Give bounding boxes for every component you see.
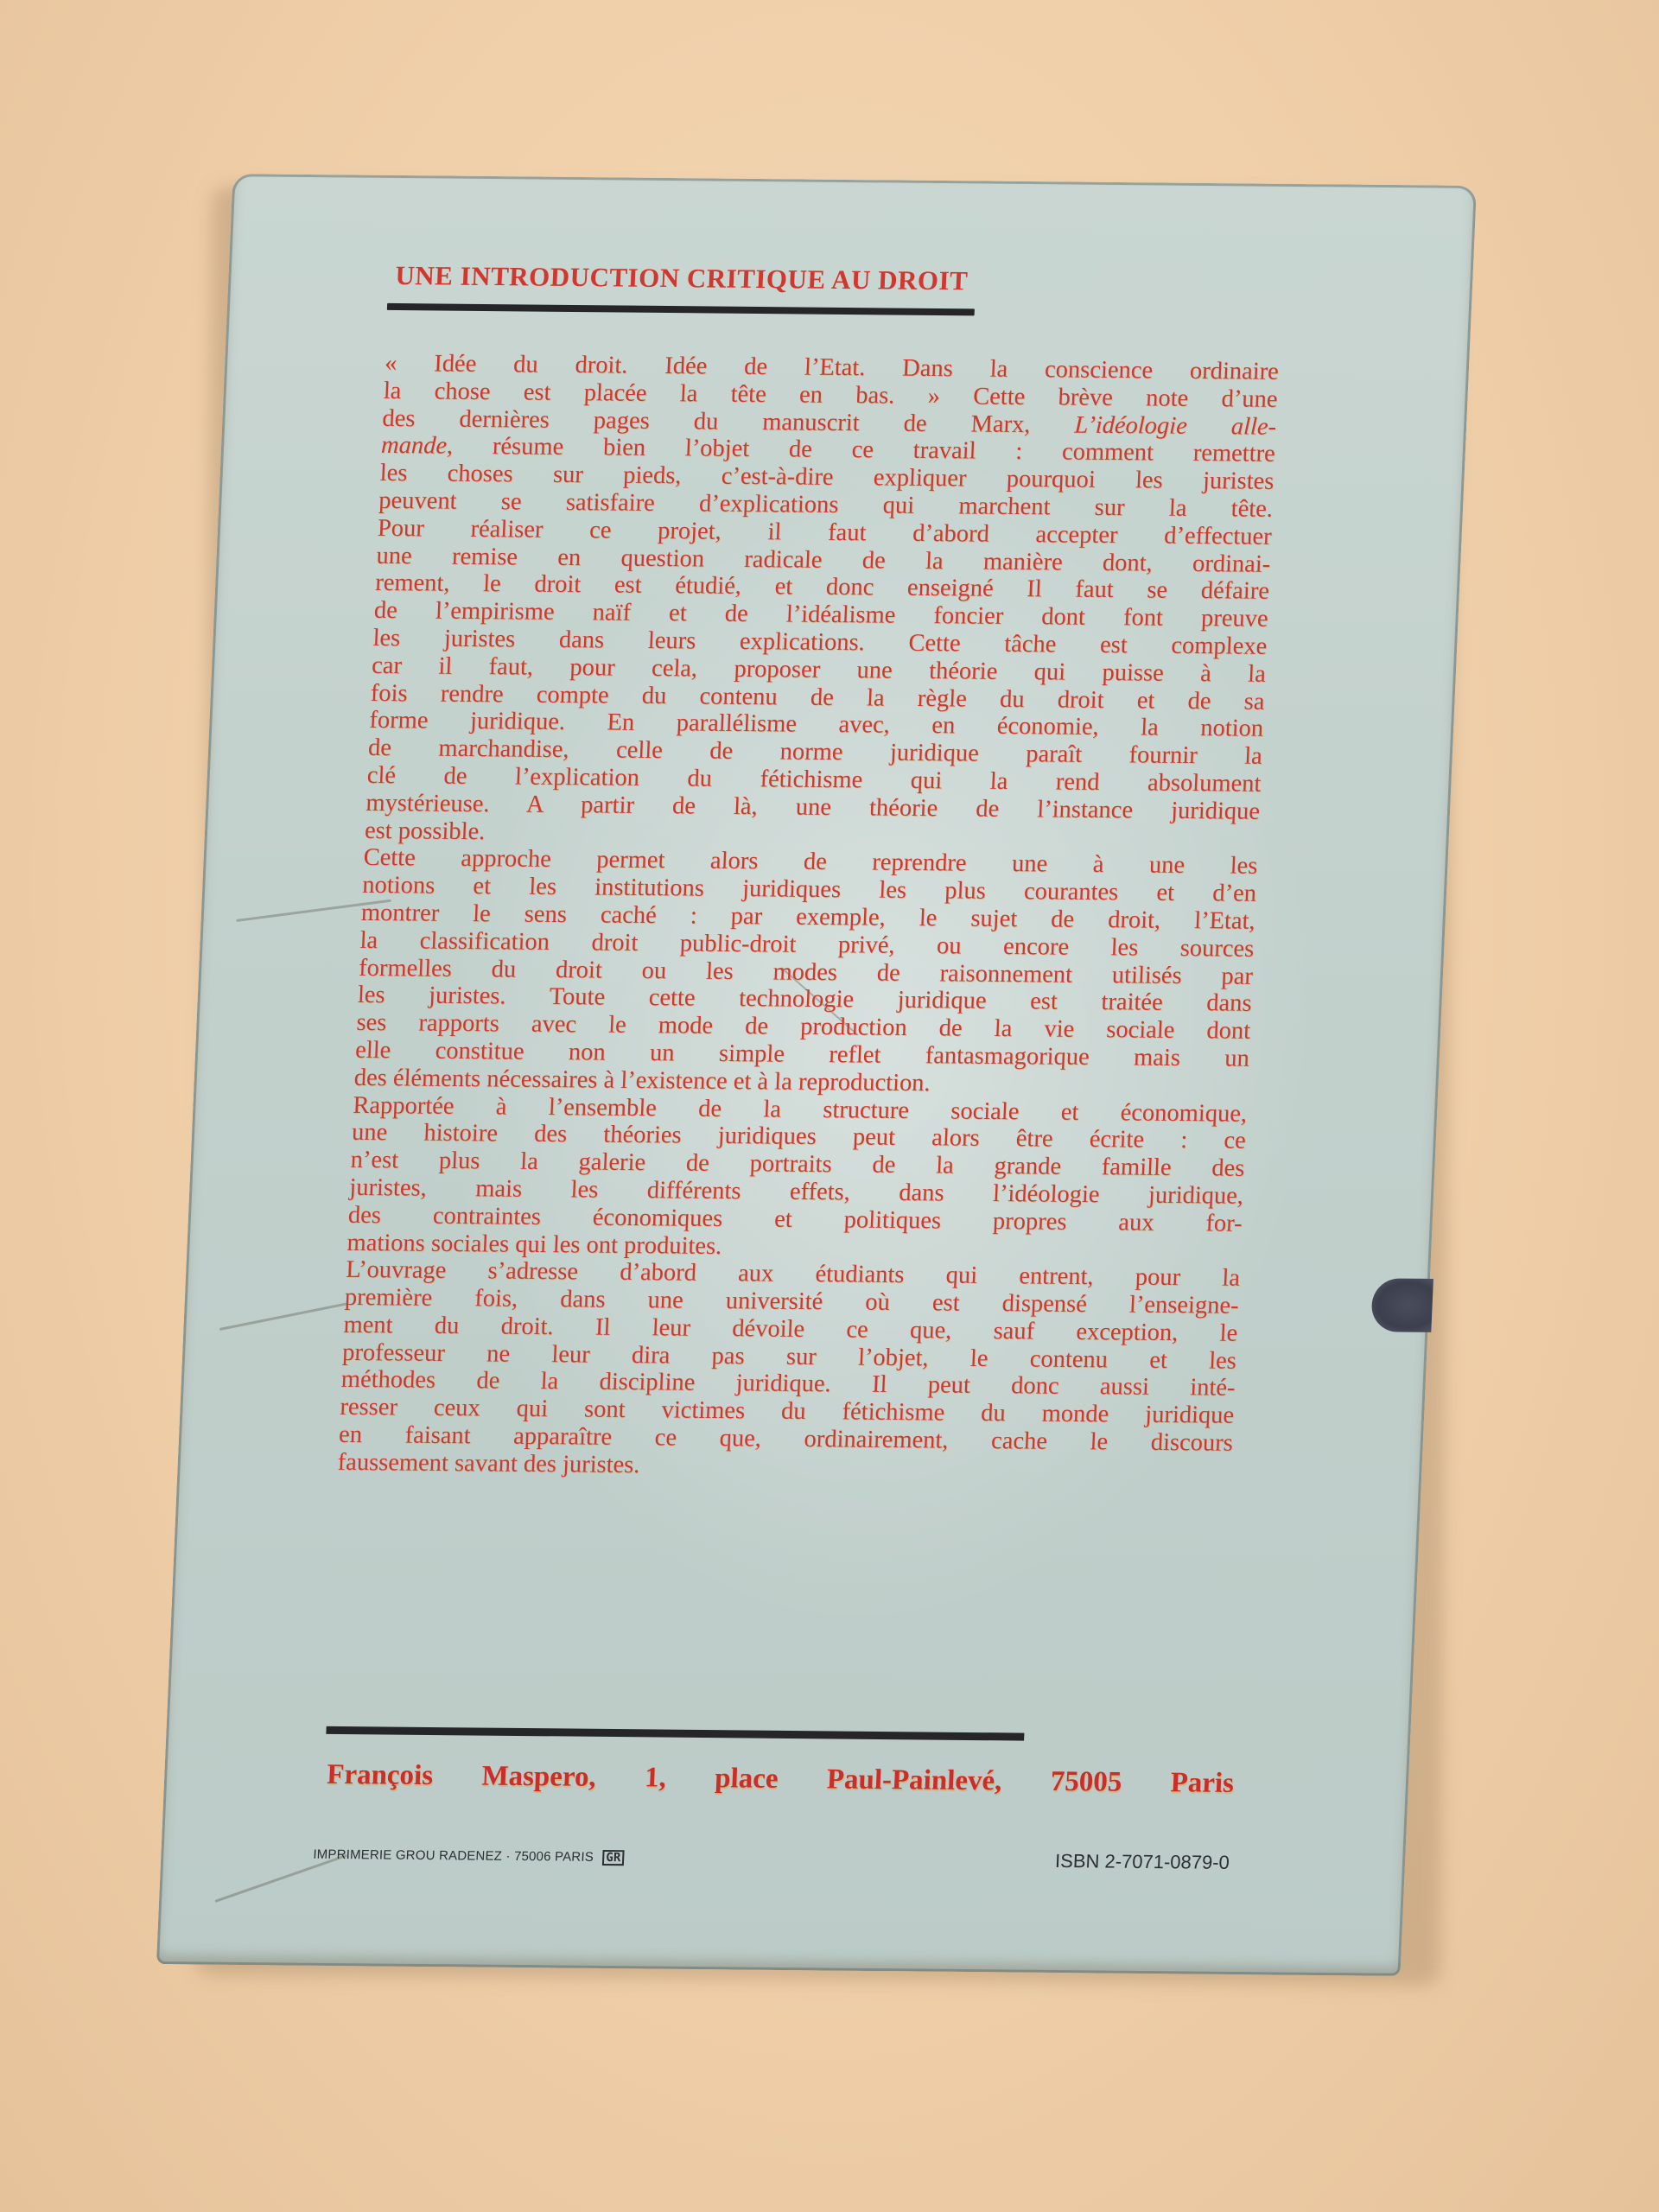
blurb-paragraph: L’ouvrage s’adresse d’abord aux étudiant…: [337, 1256, 1241, 1484]
cover-heading: UNE INTRODUCTION CRITIQUE AU DROIT: [395, 260, 1296, 300]
blurb-paragraph: « Idée du droit. Idée de l’Etat. Dans la…: [364, 350, 1279, 853]
blurb-paragraph: Rapportée à l’ensemble de la structure s…: [346, 1091, 1248, 1265]
blurb-text: « Idée du droit. Idée de l’Etat. Dans la…: [337, 350, 1279, 1485]
blurb-paragraph: Cette approche permet alors de reprendre…: [353, 844, 1258, 1100]
heading-rule: [387, 303, 975, 316]
footer-rule: [326, 1726, 1024, 1741]
printer-logo-icon: GR: [602, 1850, 625, 1866]
printer-imprint: IMPRIMERIE GROU RADENEZ · 75006 PARIS GR: [313, 1847, 625, 1866]
isbn-number: ISBN 2-7071-0879-0: [1055, 1850, 1230, 1874]
cover-content: UNE INTRODUCTION CRITIQUE AU DROIT « Idé…: [337, 260, 1296, 1485]
cover-scratch: [219, 1302, 348, 1331]
publisher-address: François Maspero, 1, place Paul-Painlevé…: [327, 1759, 1235, 1800]
printer-name: IMPRIMERIE GROU RADENEZ · 75006 PARIS: [313, 1847, 594, 1865]
book-back-cover: UNE INTRODUCTION CRITIQUE AU DROIT « Idé…: [156, 174, 1477, 1976]
